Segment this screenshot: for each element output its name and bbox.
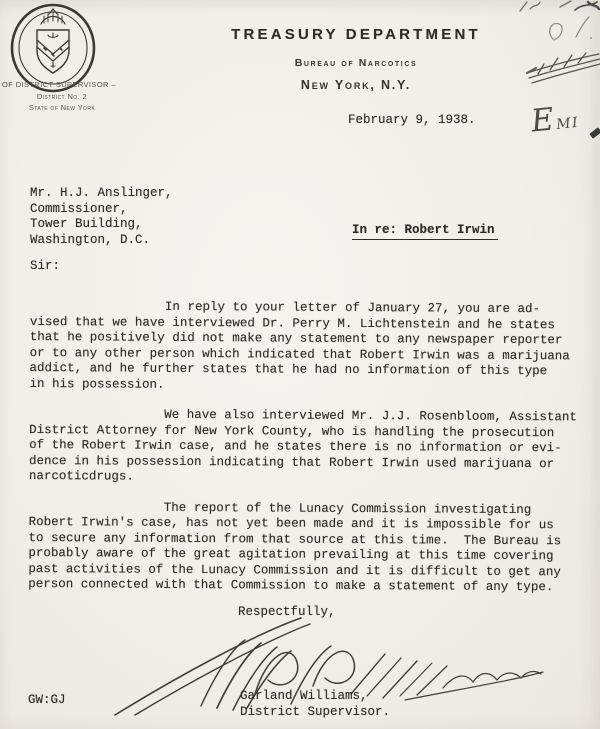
text-line: Washington, D.C. xyxy=(30,233,173,249)
pencil-slash-marks-icon xyxy=(538,12,596,48)
body-paragraph: In reply to your letter of January 27, y… xyxy=(29,299,586,395)
letterhead: TREASURY DEPARTMENT Bureau of Narcotics … xyxy=(228,26,484,92)
department-title: TREASURY DEPARTMENT xyxy=(228,26,484,43)
body-paragraph: We have also interviewed Mr. J.J. Rosenb… xyxy=(29,407,585,488)
letter-body: In reply to your letter of January 27, y… xyxy=(28,299,586,611)
subject-line: In re: Robert Irwin xyxy=(352,223,498,240)
office-line: State of New York xyxy=(0,102,124,114)
office-stamp: OF DISTRICT SUPERVISOR – District No. 2 … xyxy=(0,79,124,114)
signer-block: Garland Williams, District Supervisor. xyxy=(240,689,390,720)
body-paragraph: The report of the Lunacy Commission inve… xyxy=(28,499,585,595)
city-line: New York, N.Y. xyxy=(228,78,484,92)
pencil-scribble-icon xyxy=(524,48,600,90)
salutation: Sir: xyxy=(30,259,60,273)
text-line: person connected with that Commission to… xyxy=(28,577,584,596)
bureau-subtitle: Bureau of Narcotics xyxy=(228,57,484,69)
office-line: District No. 2 xyxy=(0,91,124,103)
typist-initials: GW:GJ xyxy=(28,693,66,707)
text-line: Commissioner, xyxy=(30,202,173,218)
scanned-letter-page: OF DISTRICT SUPERVISOR – District No. 2 … xyxy=(0,0,600,729)
office-line: OF DISTRICT SUPERVISOR – xyxy=(0,79,124,91)
text-line: Mr. H.J. Anslinger, xyxy=(30,186,173,202)
date-line: February 9, 1938. xyxy=(348,113,476,127)
recipient-block: Mr. H.J. Anslinger,Commissioner,Tower Bu… xyxy=(30,186,173,248)
text-line: Tower Building, xyxy=(30,217,173,233)
signer-title: District Supervisor. xyxy=(240,705,390,721)
signer-name: Garland Williams, xyxy=(240,689,390,705)
